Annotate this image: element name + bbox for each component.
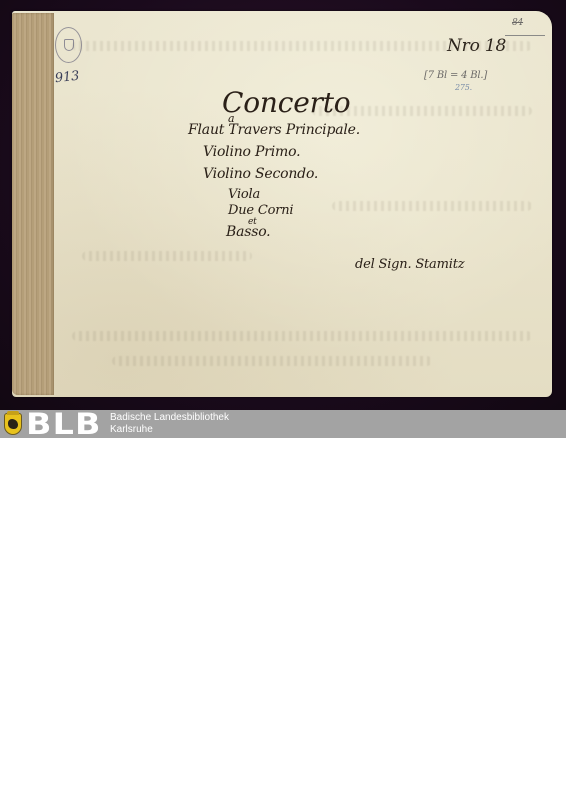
instrument-line: Flaut Travers Principale.: [188, 122, 360, 138]
manuscript-scan: 913 Nro 18 [7 Bl = 4 Bl.] 275. 84 Concer…: [0, 0, 566, 410]
stamp-shield-icon: [64, 39, 74, 51]
blank-area: [0, 438, 566, 800]
shelfmark-blue: 275.: [455, 83, 472, 92]
institution-city: Karlsruhe: [110, 424, 229, 436]
binding-spine: [12, 13, 54, 395]
instrument-line: Basso.: [226, 224, 270, 240]
lion-icon: [8, 419, 18, 429]
catalog-number: 913: [54, 69, 80, 86]
bleed-through: [112, 356, 432, 366]
library-stamp-icon: [55, 27, 82, 63]
instrument-line: Violino Secondo.: [203, 166, 318, 182]
bleed-through: [332, 201, 532, 211]
coat-of-arms-icon: [4, 413, 22, 435]
instrument-line: Due Corni: [228, 203, 293, 218]
institution-text: Badische Landesbibliothek Karlsruhe: [110, 412, 229, 436]
crown-icon: [7, 411, 19, 415]
blb-logo: BLB: [26, 410, 120, 438]
corner-underline: [505, 35, 545, 36]
institution-name: Badische Landesbibliothek: [110, 412, 229, 424]
title-heading-text: Concerto: [222, 86, 350, 119]
instrument-line: Viola: [228, 187, 260, 202]
bleed-through: [82, 251, 252, 261]
title-heading: Concerto: [222, 86, 348, 119]
shelfmark-pencil: [7 Bl = 4 Bl.]: [424, 70, 487, 81]
bleed-through: [72, 331, 532, 341]
composer-attribution: del Sign. Stamitz: [355, 257, 464, 272]
library-banner: BLB Badische Landesbibliothek Karlsruhe: [0, 410, 566, 438]
instrument-line: Violino Primo.: [203, 144, 300, 160]
item-number: Nro 18: [447, 36, 506, 56]
corner-mark: 84: [512, 18, 523, 28]
